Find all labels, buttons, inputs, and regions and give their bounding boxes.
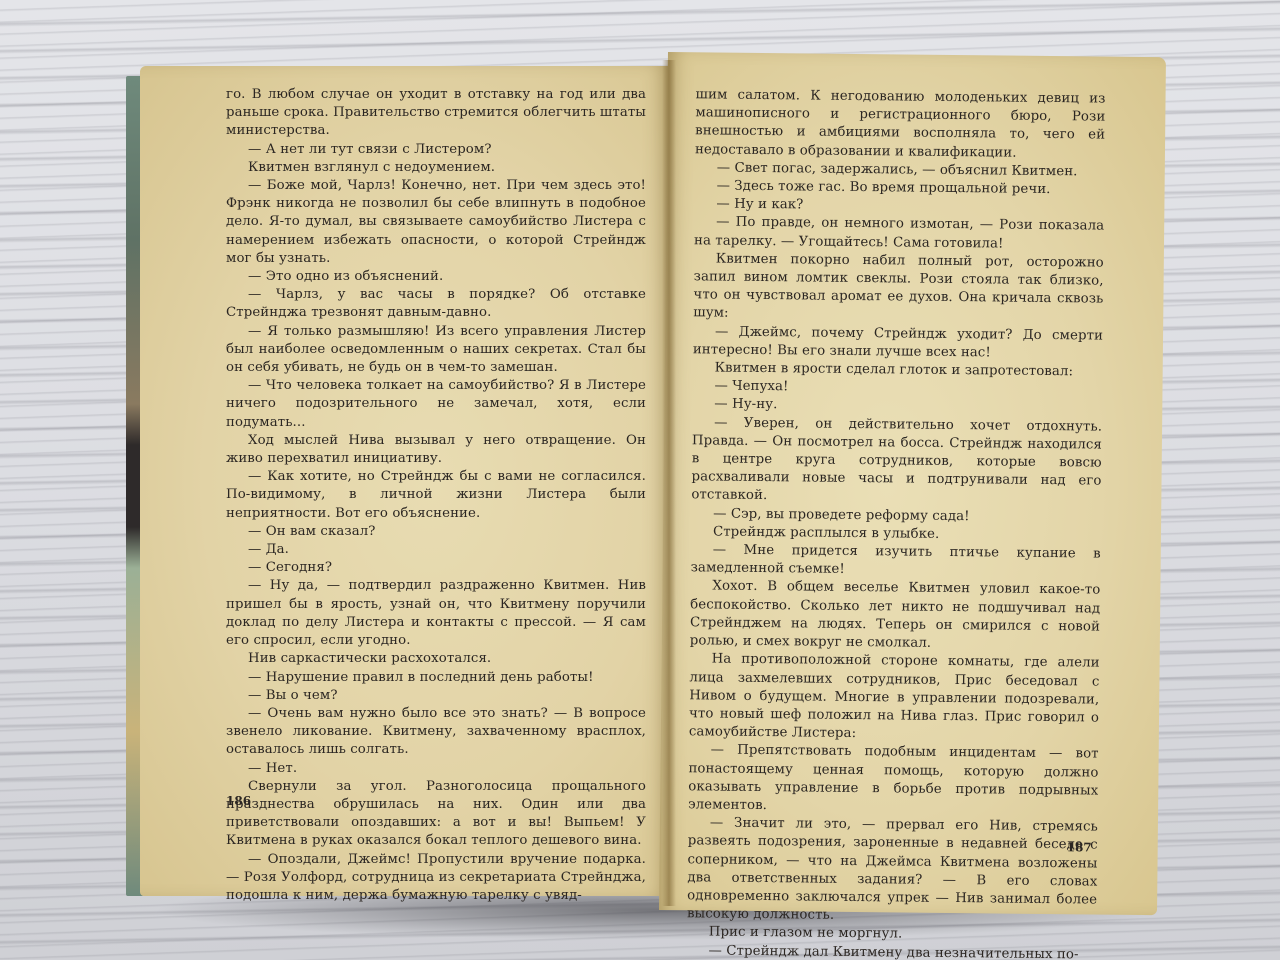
paragraph: — Я только размышляю! Из всего управлени… [226,323,646,378]
left-page: го. В любом случае он уходит в отставку … [140,66,668,896]
paragraph: — Вы о чем? [226,687,646,705]
paragraph: Квитмен взглянул с недоумением. [226,159,646,177]
paragraph: — Мне придется изучить птичье купание в … [690,541,1100,582]
paragraph: шим салатом. К негодованию молоденьких д… [695,86,1106,163]
paragraph: Хохот. В общем веселье Квитмен уловил ка… [690,578,1101,655]
paragraph: — Ну да, — подтвердил раздраженно Квитме… [226,577,646,650]
paragraph: Нив саркастически расхохотался. [226,650,646,668]
paragraph: — Нарушение правил в последний день рабо… [226,669,646,687]
paragraph: — Это одно из объяснений. [226,268,646,286]
right-page-number: 187 [1067,840,1092,854]
paragraph: — Нет. [226,760,646,778]
left-page-number: 186 [226,794,251,808]
paragraph: — Опоздали, Джеймс! Пропустили вручение … [226,851,646,906]
paragraph: На противоположной стороне комнаты, где … [689,651,1100,746]
paragraph: — Что человека толкает на самоубийство? … [226,377,646,432]
paragraph: — Значит ли это, — прервал его Нив, стре… [687,814,1098,928]
paragraph: — А нет ли тут связи с Листером? [226,141,646,159]
paragraph: — Сегодня? [226,559,646,577]
paragraph: — Стрейндж дал Квитмену два незначительн… [686,942,1096,960]
paragraph: — Очень вам нужно было все это знать? — … [226,705,646,760]
paragraph: Свернули за угол. Разноголосица прощальн… [226,778,646,851]
paragraph: — Как хотите, но Стрейндж бы с вами не с… [226,468,646,523]
paragraph: — Препятствовать подобным инцидентам — в… [688,742,1099,819]
paragraph: — Джеймс, почему Стрейндж уходит? До сме… [693,323,1103,364]
paragraph: — Уверен, он действительно хочет отдохну… [691,414,1102,509]
paragraph: — Он вам сказал? [226,523,646,541]
paragraph: — Чарлз, у вас часы в порядке? Об отстав… [226,286,646,322]
left-page-text: го. В любом случае он уходит в отставку … [226,86,646,905]
paragraph: Ход мыслей Нива вызывал у него отвращени… [226,432,646,468]
paragraph: го. В любом случае он уходит в отставку … [226,86,646,141]
paragraph: — По правде, он немного измотан, — Рози … [694,214,1104,255]
paragraph: — Да. [226,541,646,559]
paragraph: — Боже мой, Чарлз! Конечно, нет. При чем… [226,177,646,268]
book-gutter [662,60,676,906]
right-page: шим салатом. К негодованию молоденьких д… [659,52,1166,915]
paragraph: Квитмен покорно набил полный рот, осторо… [693,250,1104,327]
right-page-text: шим салатом. К негодованию молоденьких д… [686,86,1105,960]
